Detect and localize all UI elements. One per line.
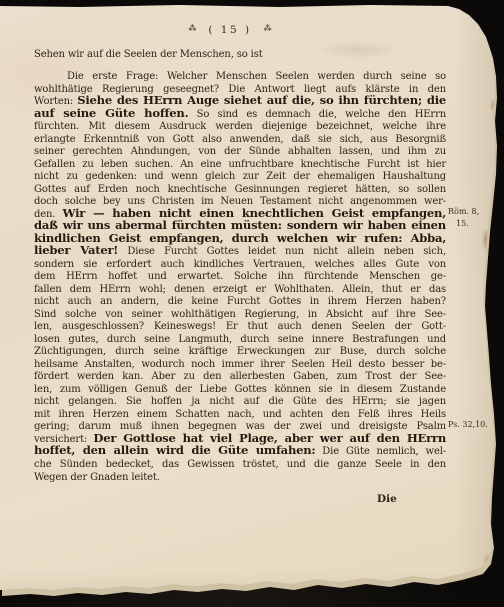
text-line-2: Die erste Frage: Welcher Menschen Seelen… [34, 68, 446, 81]
text-line-20: nicht auch an andern, die keine Furcht G… [34, 293, 446, 306]
text-line-11: Gottes auf Erden noch knechtische Gesinn… [34, 181, 446, 194]
text-line-26: fördert werden kan. Aber zu den allerbes… [34, 368, 446, 381]
text-line-19: fallen dem HErrn wohl; denen erzeigt er … [34, 281, 446, 294]
text-line-23: losen gutes, durch seine Langmuth, durch… [34, 331, 446, 344]
text-line-22: len, ausgeschlossen? Keineswegs! Er thut… [34, 318, 446, 331]
body-text: Sehen wir auf die Seelen der Menschen, s… [34, 46, 446, 481]
text-line-24: Züchtigungen, durch seine kräftige Erwec… [34, 343, 446, 356]
text-line-29: mit ihren Herzen einem Schatten nach, un… [34, 406, 446, 419]
catchword: Die [377, 493, 397, 505]
text-line-7: erlangte Erkenntniß von Gott also anwend… [34, 131, 446, 144]
text-line-13: den. Wir — haben nicht einen knechtliche… [34, 206, 446, 219]
text-line-5: auf seine Güte hoffen. So sind es demnac… [34, 106, 446, 119]
text-line-1: Sehen wir auf die Seelen der Menschen, s… [34, 46, 446, 59]
text-line-31: versichert: Der Gottlose hat viel Plage,… [34, 431, 446, 444]
text-line-18: dem HErrn hoffet und erwartet. Solche ih… [34, 268, 446, 281]
page-number: ( 15 ) [208, 24, 251, 36]
text-line-9: Gefallen zu leben suchen. An eine unfruc… [34, 156, 446, 169]
margin-note: 15. [456, 218, 469, 230]
text-line-15: kindlichen Geist empfangen, durch welche… [34, 231, 446, 244]
photo-background: ⁂( 15 )⁂ Sehen wir auf die Seelen der Me… [0, 0, 504, 607]
text-line-3: wohlthätige Regierung geseegnet? Die Ant… [34, 81, 446, 94]
page-header: ⁂( 15 )⁂ [24, 21, 436, 35]
text-line-10: nicht zu gedenken: und wenn gleich zur Z… [34, 168, 446, 181]
asterism-ornament-left: ⁂ [188, 24, 196, 33]
text-line-6: fürchten. Mit diesem Ausdruck werden die… [34, 118, 446, 131]
text-line-17: sondern sie erfordert auch kindliches Ve… [34, 256, 446, 269]
text-line-27: len, zum völligen Genuß der Liebe Gottes… [34, 381, 446, 394]
text-line-21: Sind solche von seiner wohlthätigen Regi… [34, 306, 446, 319]
text-line-28: nicht gelangen. Sie hoffen ja nicht auf … [34, 393, 446, 406]
margin-note: Ps. 32,10. [448, 419, 488, 431]
text-line-4: Worten: Siehe des HErrn Auge siehet auf … [34, 93, 446, 106]
text-line-33: che Sünden bedecket, das Gewissen tröste… [34, 456, 446, 469]
text-line-25: heilsame Anstalten, wodurch noch immer i… [34, 356, 446, 369]
asterism-ornament-right: ⁂ [264, 24, 272, 33]
text-line-30: gering; darum muß ihnen begegnen was der… [34, 418, 446, 431]
body-text-segment: Sehen wir auf die Seelen der Menschen, s… [34, 49, 263, 60]
body-text-segment: Wegen der Gnaden leitet. [34, 472, 160, 483]
text-line-12: doch solche bey uns Christen im Neuen Te… [34, 193, 446, 206]
text-line-34: Wegen der Gnaden leitet. [34, 469, 446, 482]
text-line-8: seiner gerechten Ahndungen, von der Sünd… [34, 143, 446, 156]
text-line-14: daß wir uns abermal fürchten müsten: son… [34, 218, 446, 231]
text-line-32: hoffet, den allein wird die Güte umfahen… [34, 443, 446, 456]
book-page: ⁂( 15 )⁂ Sehen wir auf die Seelen der Me… [0, 0, 504, 607]
text-line-16: lieber Vater! Diese Furcht Gottes leidet… [34, 243, 446, 256]
margin-note: Röm. 8, [448, 206, 479, 218]
